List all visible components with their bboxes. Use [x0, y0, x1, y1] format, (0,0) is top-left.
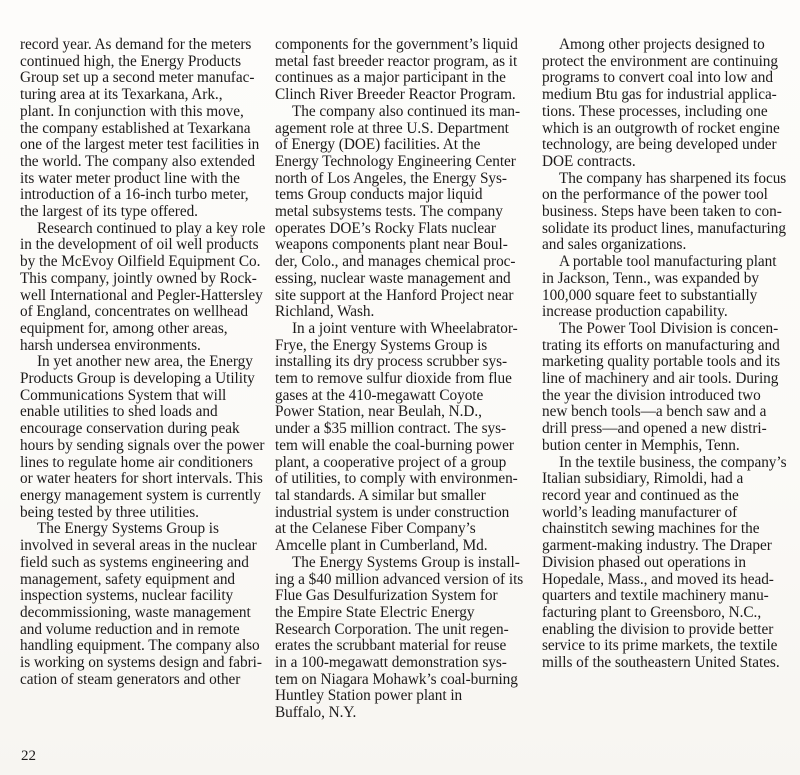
paragraph: record year. As demand for the meters co…	[20, 37, 270, 221]
page-number: 22	[21, 748, 36, 764]
paragraph: Among other projects designed to protect…	[542, 37, 787, 171]
paragraph: The Energy Systems Group is install- ing…	[275, 555, 530, 722]
document-page: record year. As demand for the meters co…	[0, 0, 800, 775]
paragraph: In the textile business, the company’s I…	[542, 455, 787, 672]
text-column-3: Among other projects designed to protect…	[542, 37, 787, 672]
paragraph: A portable tool manufacturing plant in J…	[542, 254, 787, 321]
paragraph: In a joint venture with Wheelabrator- Fr…	[275, 321, 530, 555]
paragraph: components for the government’s liquid m…	[275, 37, 530, 104]
text-column-2: components for the government’s liquid m…	[275, 37, 530, 722]
paragraph: The Energy Systems Group is involved in …	[20, 521, 270, 688]
paragraph: The company has sharpened its focus on t…	[542, 171, 787, 255]
paragraph: The Power Tool Division is concen- trati…	[542, 321, 787, 455]
text-column-1: record year. As demand for the meters co…	[20, 37, 270, 688]
paragraph: Research continued to play a key role in…	[20, 221, 270, 355]
paragraph: The company also continued its man- agem…	[275, 104, 530, 321]
paragraph: In yet another new area, the Energy Prod…	[20, 354, 270, 521]
